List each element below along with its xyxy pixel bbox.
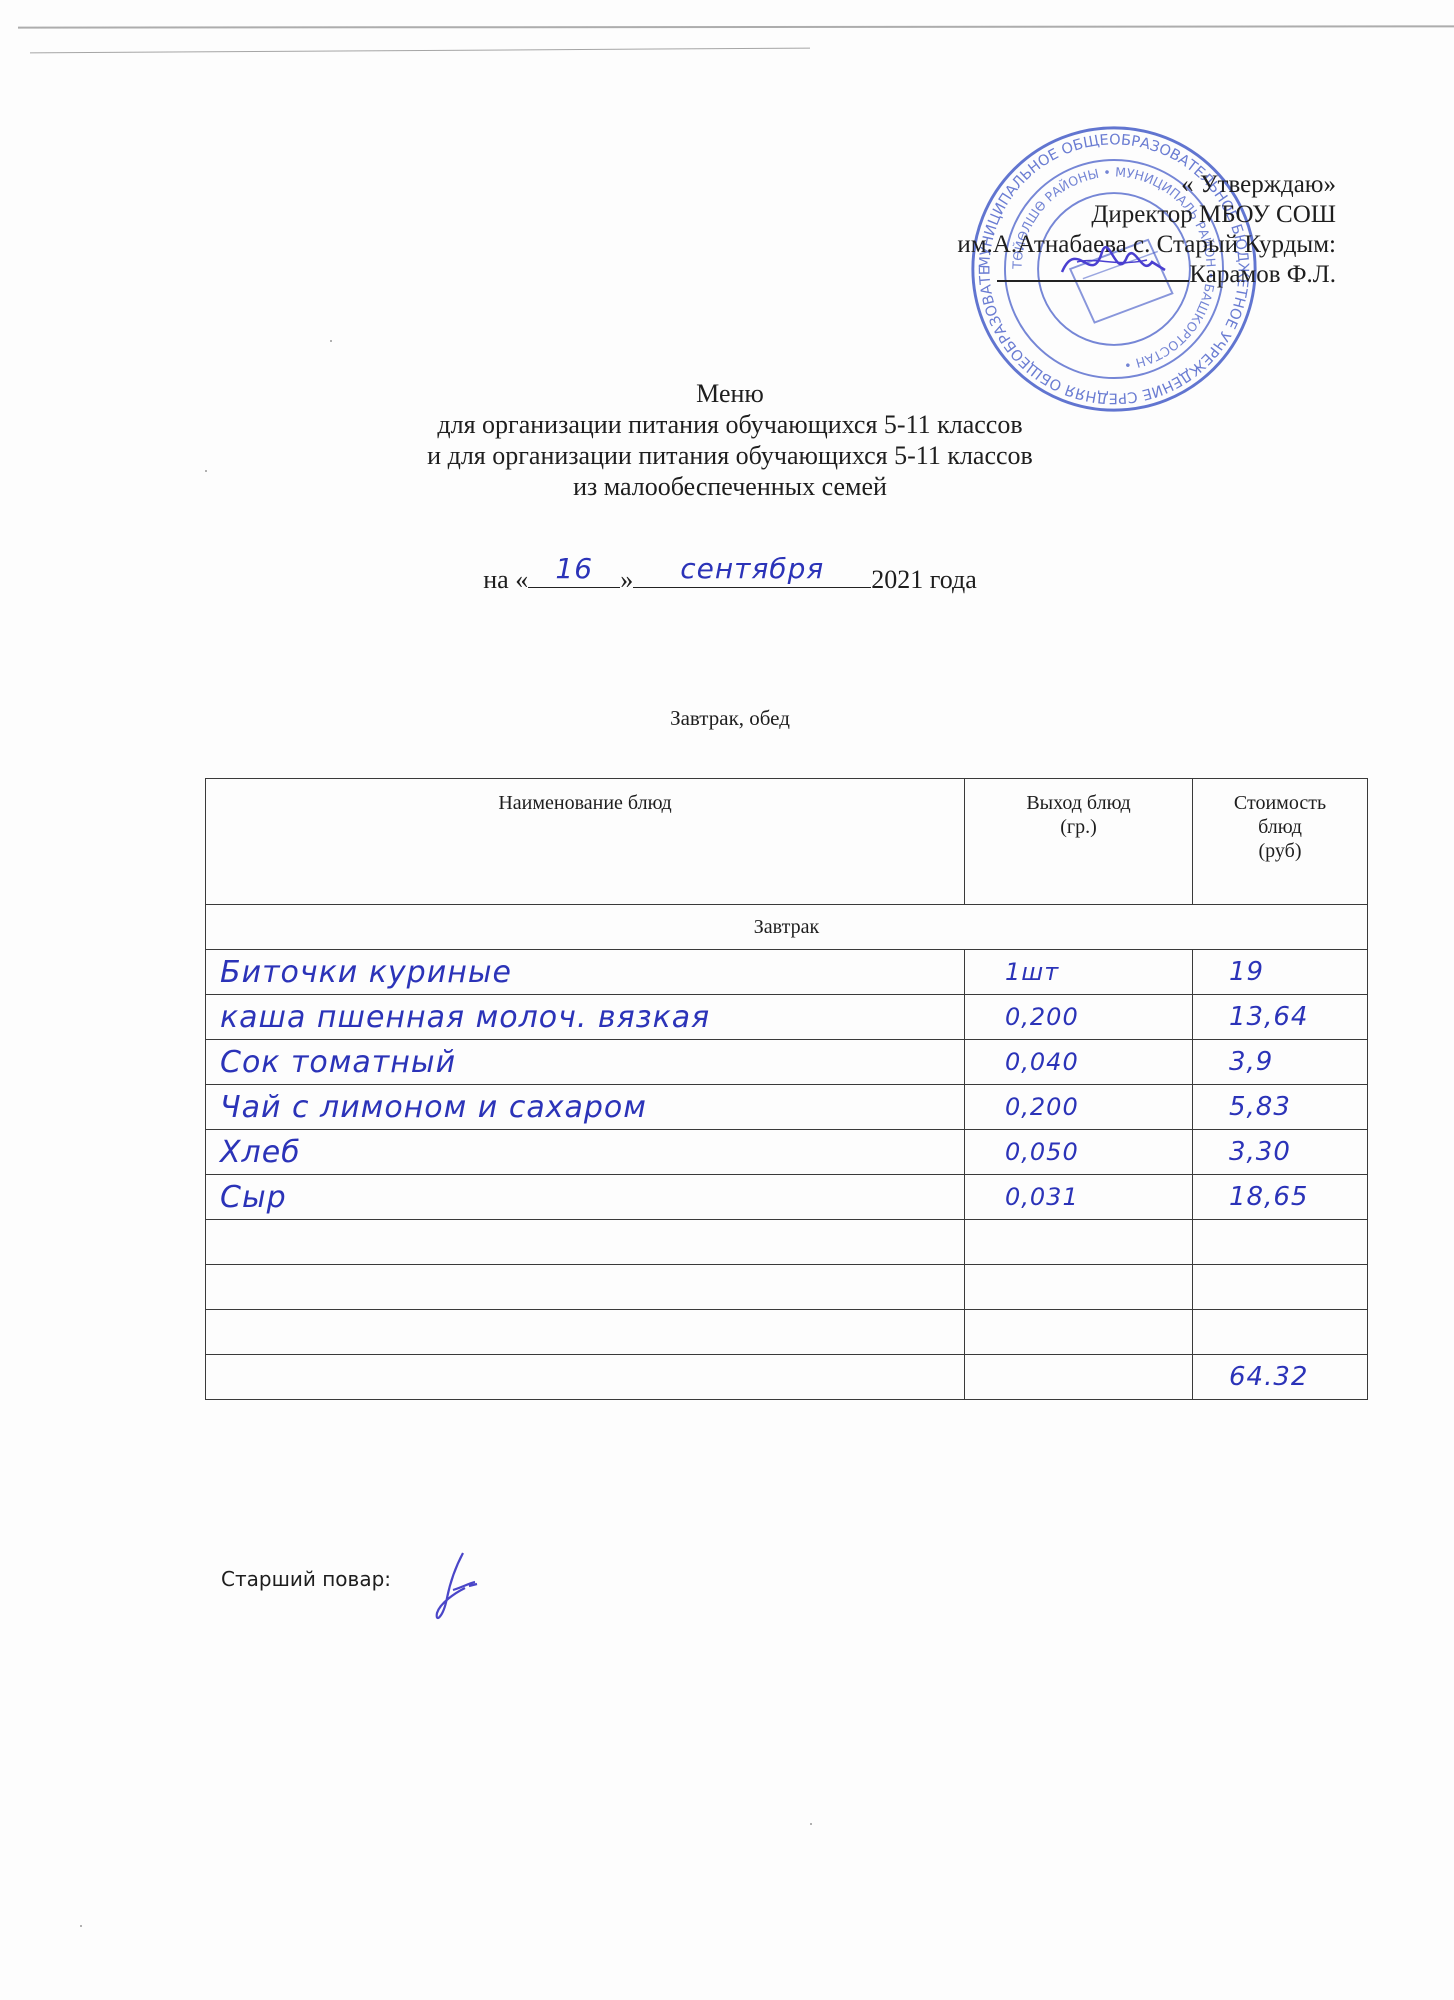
table-row: Биточки куриные1шт19 bbox=[206, 950, 1368, 995]
yield-cell[interactable]: 0,200 bbox=[965, 995, 1193, 1040]
scan-edge-line bbox=[18, 25, 1454, 28]
price-cell[interactable]: 18,65 bbox=[1193, 1175, 1368, 1220]
scan-speck bbox=[810, 1823, 812, 1825]
yield-cell[interactable] bbox=[965, 1355, 1193, 1400]
table-row bbox=[206, 1310, 1368, 1355]
dish-name-cell[interactable]: Сыр bbox=[206, 1175, 965, 1220]
scan-speck bbox=[330, 340, 332, 342]
table-row: каша пшенная молоч. вязкая0,20013,64 bbox=[206, 995, 1368, 1040]
yield-cell[interactable]: 0,200 bbox=[965, 1085, 1193, 1130]
date-day-field[interactable]: 16 bbox=[528, 561, 620, 588]
title-heading: Меню bbox=[300, 378, 1160, 409]
price-cell[interactable]: 19 bbox=[1193, 950, 1368, 995]
title-line-2: и для организации питания обучающихся 5-… bbox=[300, 440, 1160, 471]
price-cell[interactable] bbox=[1193, 1265, 1368, 1310]
table-row bbox=[206, 1220, 1368, 1265]
approval-block: « Утверждаю» Директор МБОУ СОШ им.А.Атна… bbox=[816, 170, 1336, 290]
price-cell[interactable] bbox=[1193, 1220, 1368, 1265]
header-price: Стоимостьблюд(руб) bbox=[1193, 779, 1368, 905]
date-day: 16 bbox=[528, 552, 620, 585]
table-row: 64.32 bbox=[206, 1355, 1368, 1400]
title-line-1: для организации питания обучающихся 5-11… bbox=[300, 409, 1160, 440]
table-row bbox=[206, 1265, 1368, 1310]
dish-name-cell[interactable]: Биточки куриные bbox=[206, 950, 965, 995]
price-cell[interactable] bbox=[1193, 1310, 1368, 1355]
dish-name-cell[interactable]: Сок томатный bbox=[206, 1040, 965, 1085]
dish-name-cell[interactable] bbox=[206, 1310, 965, 1355]
table-row: Сок томатный0,0403,9 bbox=[206, 1040, 1368, 1085]
yield-cell[interactable]: 0,050 bbox=[965, 1130, 1193, 1175]
price-cell[interactable]: 64.32 bbox=[1193, 1355, 1368, 1400]
dish-name-cell[interactable]: Чай с лимоном и сахаром bbox=[206, 1085, 965, 1130]
approval-title: « Утверждаю» bbox=[816, 170, 1336, 200]
yield-cell[interactable]: 1шт bbox=[965, 950, 1193, 995]
yield-cell[interactable]: 0,031 bbox=[965, 1175, 1193, 1220]
date-month-field[interactable]: сентября bbox=[633, 561, 871, 588]
menu-table: Наименование блюд Выход блюд(гр.) Стоимо… bbox=[205, 778, 1368, 1400]
senior-cook-label: Старший повар: bbox=[221, 1567, 391, 1591]
scan-edge-line bbox=[30, 48, 810, 54]
yield-cell[interactable] bbox=[965, 1220, 1193, 1265]
approval-signatory: Карамов Ф.Л. bbox=[1189, 261, 1336, 288]
scan-speck bbox=[205, 470, 207, 472]
dish-name-cell[interactable] bbox=[206, 1265, 965, 1310]
header-dish-name: Наименование блюд bbox=[206, 779, 965, 905]
price-cell[interactable]: 5,83 bbox=[1193, 1085, 1368, 1130]
date-year: 2021 года bbox=[871, 565, 977, 594]
dish-name-cell[interactable]: каша пшенная молоч. вязкая bbox=[206, 995, 965, 1040]
approval-position: Директор МБОУ СОШ bbox=[816, 200, 1336, 230]
table-header-row: Наименование блюд Выход блюд(гр.) Стоимо… bbox=[206, 779, 1368, 905]
yield-cell[interactable] bbox=[965, 1265, 1193, 1310]
director-signature-line bbox=[997, 260, 1189, 282]
date-month: сентября bbox=[633, 552, 871, 585]
dish-name-cell[interactable] bbox=[206, 1220, 965, 1265]
yield-cell[interactable]: 0,040 bbox=[965, 1040, 1193, 1085]
price-cell[interactable]: 3,30 bbox=[1193, 1130, 1368, 1175]
title-line-3: из малообеспеченных семей bbox=[300, 471, 1160, 502]
scan-speck bbox=[80, 1925, 82, 1927]
price-cell[interactable]: 3,9 bbox=[1193, 1040, 1368, 1085]
menu-date: на «16»сентября2021 года bbox=[300, 561, 1160, 595]
header-yield: Выход блюд(гр.) bbox=[965, 779, 1193, 905]
section-label: Завтрак bbox=[206, 905, 1368, 950]
table-row: Чай с лимоном и сахаром0,2005,83 bbox=[206, 1085, 1368, 1130]
yield-cell[interactable] bbox=[965, 1310, 1193, 1355]
cook-signature-icon bbox=[425, 1548, 485, 1628]
dish-name-cell[interactable] bbox=[206, 1355, 965, 1400]
meal-caption: Завтрак, обед bbox=[300, 706, 1160, 731]
table-row: Сыр0,03118,65 bbox=[206, 1175, 1368, 1220]
price-cell[interactable]: 13,64 bbox=[1193, 995, 1368, 1040]
director-signature-icon bbox=[1057, 232, 1167, 292]
table-row: Хлеб0,0503,30 bbox=[206, 1130, 1368, 1175]
document-title: Меню для организации питания обучающихся… bbox=[300, 378, 1160, 502]
dish-name-cell[interactable]: Хлеб bbox=[206, 1130, 965, 1175]
section-row-breakfast: Завтрак bbox=[206, 905, 1368, 950]
